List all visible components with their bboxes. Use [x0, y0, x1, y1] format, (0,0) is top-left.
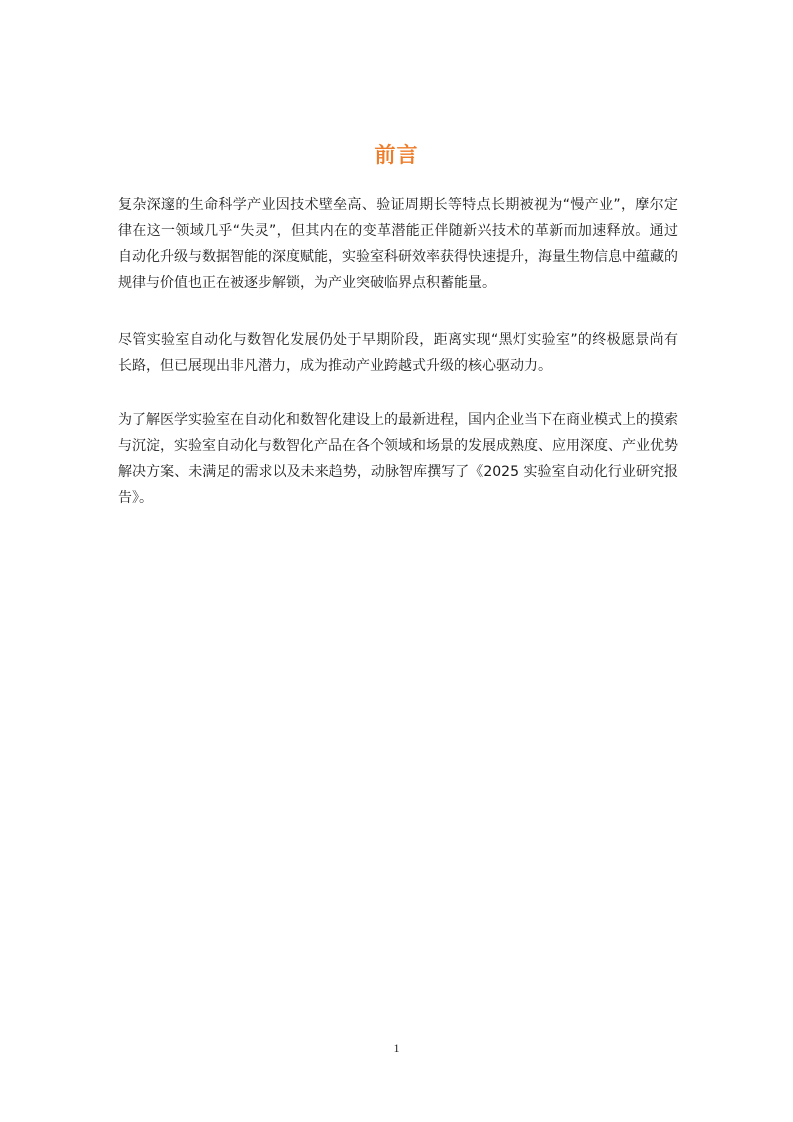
page-number: 1 — [0, 1041, 793, 1056]
page-title: 前言 — [0, 140, 793, 170]
paragraph-development-stage: 尽管实验室自动化与数智化发展仍处于早期阶段，距离实现“黑灯实验室”的终极愿景尚有… — [118, 327, 678, 379]
paragraph-report-purpose: 为了解医学实验室在自动化和数智化建设上的最新进程，国内企业当下在商业模式上的摸索… — [118, 407, 678, 511]
paragraph-intro: 复杂深邃的生命科学产业因技术壁垒高、验证周期长等特点长期被视为“慢产业”，摩尔定… — [118, 192, 678, 296]
document-page: 前言 复杂深邃的生命科学产业因技术壁垒高、验证周期长等特点长期被视为“慢产业”，… — [0, 0, 793, 1122]
